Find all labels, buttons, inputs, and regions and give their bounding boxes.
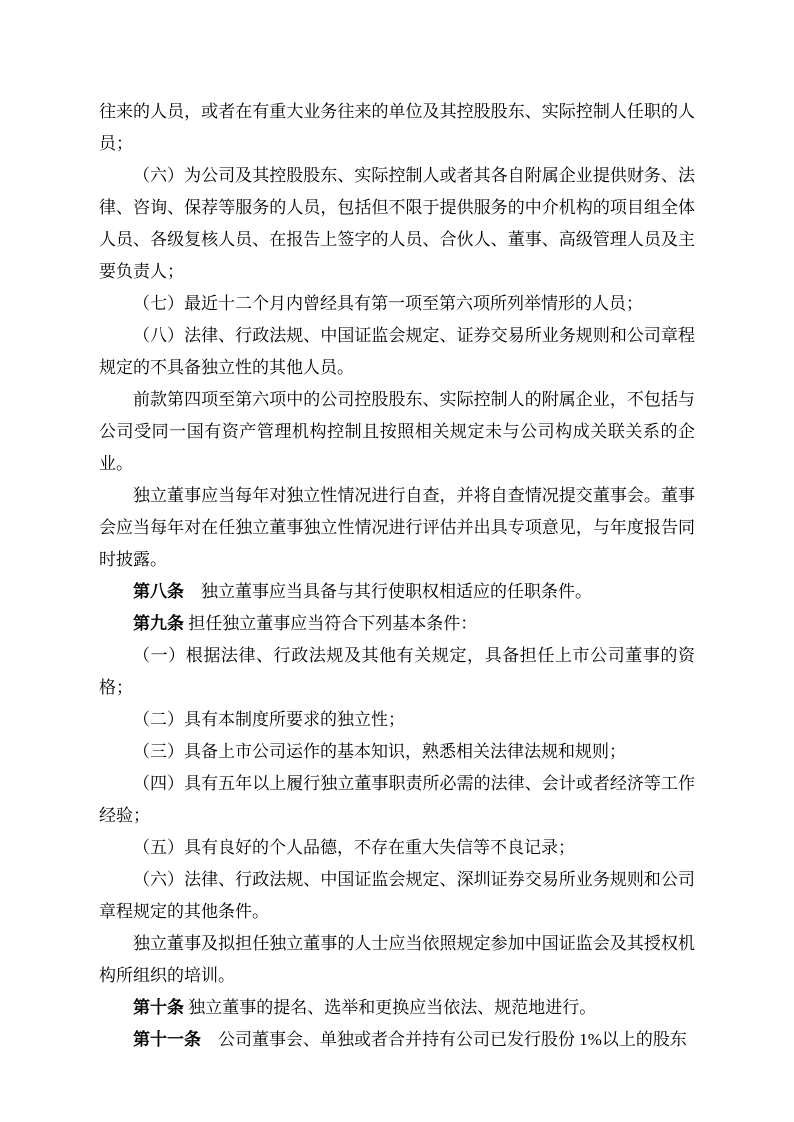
- paragraph: 往来的人员，或者在有重大业务往来的单位及其控股股东、实际控制人任职的人员；: [99, 96, 695, 160]
- paragraph: （六）为公司及其控股股东、实际控制人或者其各自附属企业提供财务、法律、咨询、保荐…: [99, 160, 695, 288]
- paragraph: 第九条 担任独立董事应当符合下列基本条件：: [99, 608, 695, 640]
- paragraph: （七）最近十二个月内曾经具有第一项至第六项所列举情形的人员；: [99, 288, 695, 320]
- article-number: 第十条: [133, 998, 184, 1017]
- article-number: 第九条: [133, 614, 184, 633]
- paragraph-text: （一）根据法律、行政法规及其他有关规定，具备担任上市公司董事的资格；: [99, 646, 695, 697]
- paragraph-text: （六）为公司及其控股股东、实际控制人或者其各自附属企业提供财务、法律、咨询、保荐…: [99, 166, 695, 281]
- document-page: 往来的人员，或者在有重大业务往来的单位及其控股股东、实际控制人任职的人员；（六）…: [0, 0, 794, 1122]
- paragraph: 第十条 独立董事的提名、选举和更换应当依法、规范地进行。: [99, 992, 695, 1024]
- article-number: 第十一条: [133, 1030, 201, 1049]
- document-content: 往来的人员，或者在有重大业务往来的单位及其控股股东、实际控制人任职的人员；（六）…: [99, 96, 695, 1056]
- article-number: 第八条: [133, 582, 184, 601]
- paragraph-text: （八）法律、行政法规、中国证监会规定、证券交易所业务规则和公司章程规定的不具备独…: [99, 326, 695, 377]
- paragraph: （六）法律、行政法规、中国证监会规定、深圳证券交易所业务规则和公司章程规定的其他…: [99, 864, 695, 928]
- paragraph: 独立董事及拟担任独立董事的人士应当依照规定参加中国证监会及其授权机构所组织的培训…: [99, 928, 695, 992]
- paragraph-text: 公司董事会、单独或者合并持有公司已发行股份 1%以上的股东: [201, 1030, 687, 1049]
- paragraph: （四）具有五年以上履行独立董事职责所必需的法律、会计或者经济等工作经验；: [99, 768, 695, 832]
- paragraph-text: 前款第四项至第六项中的公司控股股东、实际控制人的附属企业，不包括与公司受同一国有…: [99, 390, 695, 473]
- paragraph: （五）具有良好的个人品德，不存在重大失信等不良记录；: [99, 832, 695, 864]
- paragraph-text: 独立董事应当具备与其行使职权相适应的任职条件。: [184, 582, 592, 601]
- paragraph-text: 往来的人员，或者在有重大业务往来的单位及其控股股东、实际控制人任职的人员；: [99, 102, 695, 153]
- paragraph: 前款第四项至第六项中的公司控股股东、实际控制人的附属企业，不包括与公司受同一国有…: [99, 384, 695, 480]
- paragraph: 第八条 独立董事应当具备与其行使职权相适应的任职条件。: [99, 576, 695, 608]
- paragraph: 第十一条 公司董事会、单独或者合并持有公司已发行股份 1%以上的股东: [99, 1024, 695, 1056]
- paragraph-text: （四）具有五年以上履行独立董事职责所必需的法律、会计或者经济等工作经验；: [99, 774, 695, 825]
- paragraph-text: 担任独立董事应当符合下列基本条件：: [184, 614, 477, 633]
- paragraph-text: （三）具备上市公司运作的基本知识，熟悉相关法律法规和规则；: [133, 742, 626, 761]
- paragraph: （一）根据法律、行政法规及其他有关规定，具备担任上市公司董事的资格；: [99, 640, 695, 704]
- paragraph-text: （六）法律、行政法规、中国证监会规定、深圳证券交易所业务规则和公司章程规定的其他…: [99, 870, 695, 921]
- paragraph-text: 独立董事的提名、选举和更换应当依法、规范地进行。: [184, 998, 596, 1017]
- paragraph-text: （二）具有本制度所要求的独立性；: [133, 710, 405, 729]
- paragraph: （八）法律、行政法规、中国证监会规定、证券交易所业务规则和公司章程规定的不具备独…: [99, 320, 695, 384]
- paragraph: （二）具有本制度所要求的独立性；: [99, 704, 695, 736]
- paragraph: （三）具备上市公司运作的基本知识，熟悉相关法律法规和规则；: [99, 736, 695, 768]
- paragraph-text: 独立董事及拟担任独立董事的人士应当依照规定参加中国证监会及其授权机构所组织的培训…: [99, 934, 695, 985]
- paragraph-text: （七）最近十二个月内曾经具有第一项至第六项所列举情形的人员；: [133, 294, 643, 313]
- paragraph: 独立董事应当每年对独立性情况进行自查，并将自查情况提交董事会。董事会应当每年对在…: [99, 480, 695, 576]
- paragraph-text: 独立董事应当每年对独立性情况进行自查，并将自查情况提交董事会。董事会应当每年对在…: [99, 486, 695, 569]
- paragraph-text: （五）具有良好的个人品德，不存在重大失信等不良记录；: [133, 838, 575, 857]
